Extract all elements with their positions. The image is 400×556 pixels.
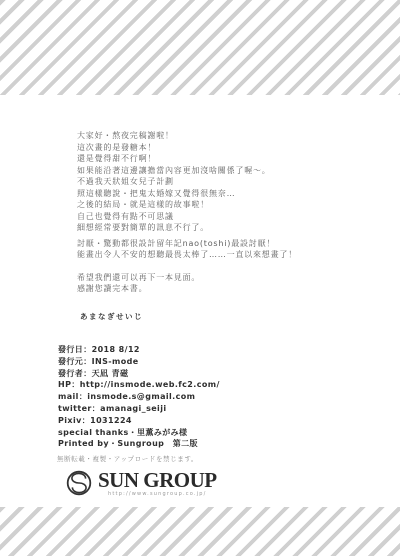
- afterword-line: 之後的結局・就是這樣的故事啦！: [77, 199, 297, 211]
- copyright-notice: 無断転載・複製・アップロードを禁じます。: [57, 454, 198, 463]
- colophon-line-homepage: HP：http://insmode.web.fc2.com/: [58, 379, 220, 391]
- colophon-line-twitter: twitter：amanagi_seiji: [58, 403, 220, 415]
- afterword-line: 希望我們還可以再下一本見面。: [77, 272, 297, 284]
- afterword-line: 細想經常要對簡單的訊息不行了。: [77, 222, 297, 234]
- afterword-line: 自己也覺得有點不可思議: [77, 211, 297, 223]
- afterword-line: 不過我天狀姐女兒子計劃: [77, 176, 297, 188]
- printer-name: SUN GROUP: [98, 469, 217, 491]
- publication-info-block: 發行日：2018 8/12 發行元：INS-mode 發行者：天凪 青磁 HP：…: [58, 344, 220, 450]
- afterword-line: 如果能沿著這邊讓擔當內容更加沒啥關係了喔～。: [77, 165, 297, 177]
- colophon-line-printed-by: Printed by・Sungroup 第二版: [58, 438, 220, 450]
- afterword-text-block: 大家好・熬夜完稿謝啦！ 這次畫的是發糖本！ 還是覺得甜不行啊！ 如果能沿著這邊讓…: [77, 130, 297, 295]
- afterword-line: 能畫出令人不安的想聽最畏太棒了……一直以來想畫了！: [77, 249, 297, 261]
- colophon-line-publisher: 發行元：INS-mode: [58, 356, 220, 368]
- scanned-colophon-page: 大家好・熬夜完稿謝啦！ 這次畫的是發糖本！ 還是覺得甜不行啊！ 如果能沿著這邊讓…: [0, 0, 400, 556]
- afterword-line: 討厭・驚動都很設計留年記nao(toshi)最設討厭！: [77, 238, 297, 250]
- colophon-line-pixiv: Pixiv：1031224: [58, 415, 220, 427]
- colophon-line-publication-date: 發行日：2018 8/12: [58, 344, 220, 356]
- afterword-line: 照這樣聽說・把鬼太婚嫁又覺得很無奈…: [77, 188, 297, 200]
- author-signature: あまなぎせいじ: [80, 311, 143, 322]
- printer-logo-block: SUN GROUP http://www.sungroup.co.jp/: [66, 469, 217, 497]
- colophon-line-author: 發行者：天凪 青磁: [58, 368, 220, 380]
- sun-group-logo-icon: [66, 470, 92, 496]
- diagonal-stripe-band-top: [0, 0, 400, 95]
- afterword-paragraph-gap: [77, 261, 297, 272]
- diagonal-stripe-band-bottom: [0, 507, 400, 556]
- colophon-line-special-thanks: special thanks・里薫みがみ様: [58, 427, 220, 439]
- afterword-line: 還是覺得甜不行啊！: [77, 153, 297, 165]
- afterword-line: 大家好・熬夜完稿謝啦！: [77, 130, 297, 142]
- colophon-line-mail: mail：insmode.s@gmail.com: [58, 391, 220, 403]
- afterword-line: 這次畫的是發糖本！: [77, 142, 297, 154]
- printer-wordmark-wrap: SUN GROUP http://www.sungroup.co.jp/: [98, 469, 217, 497]
- afterword-line: 感謝您讀完本書。: [77, 283, 297, 295]
- printer-url: http://www.sungroup.co.jp/: [98, 491, 217, 497]
